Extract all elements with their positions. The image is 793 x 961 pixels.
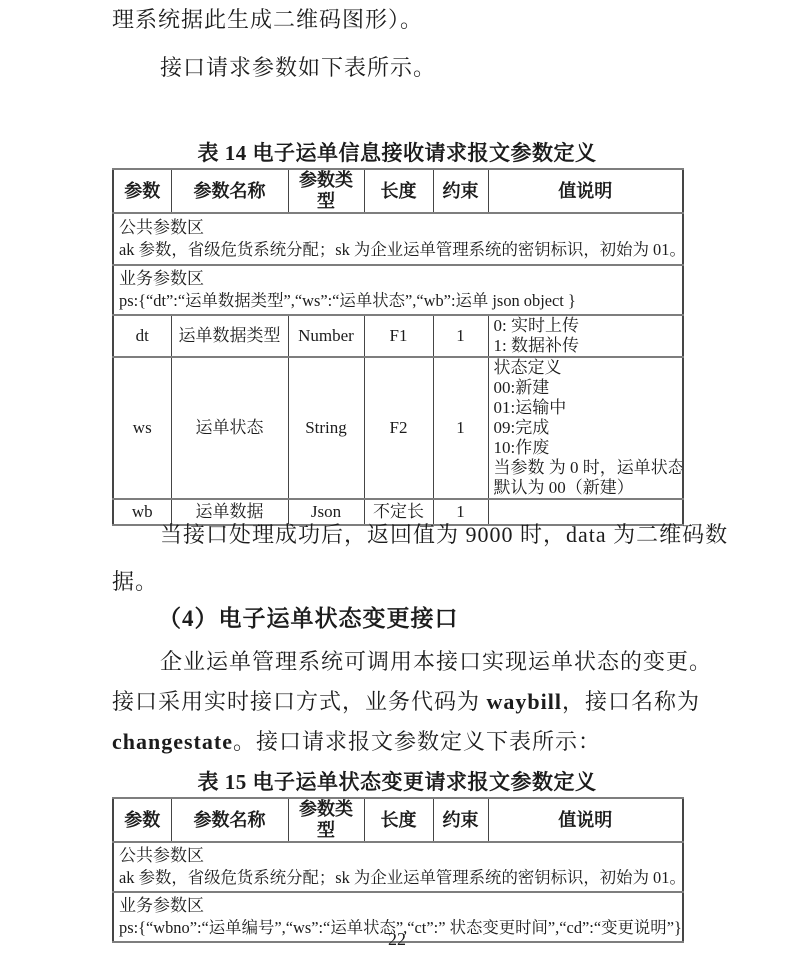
desc-line: 0: 实时上传	[494, 316, 678, 336]
table15-public-section-desc: ak 参数，省级危货系统分配；sk 为企业运单管理系统的密钥标识，初始为 01。	[119, 867, 677, 889]
desc-line: 10:作废	[494, 438, 678, 458]
table15: 参数 参数名称 参数类型 长度 约束 值说明 公共参数区 ak 参数，省级危货系…	[112, 797, 684, 943]
table14-business-section-desc: ps:{“dt”:“运单数据类型”,“ws”:“运单状态”,“wb”:运单 js…	[119, 290, 677, 312]
desc-line: 00:新建	[494, 378, 678, 398]
table14-row-ws: ws 运单状态 String F2 1 状态定义 00:新建 01:运输中 09…	[113, 357, 683, 499]
table14-public-section-title: 公共参数区	[119, 217, 677, 239]
table15-header-row: 参数 参数名称 参数类型 长度 约束 值说明	[113, 798, 683, 842]
table15-header-type: 参数类型	[288, 798, 364, 842]
param-name-cell: 运单数据类型	[171, 315, 288, 357]
table15-header-desc: 值说明	[488, 798, 683, 842]
param-type-cell: Number	[288, 315, 364, 357]
param-cell: ws	[113, 357, 171, 499]
table14-header-name: 参数名称	[171, 169, 288, 213]
table15-header-length: 长度	[364, 798, 433, 842]
table14-header-length: 长度	[364, 169, 433, 213]
result-para-line-1: 当接口处理成功后，返回值为 9000 时，data 为二维码数	[160, 518, 728, 549]
table15-header-param: 参数	[113, 798, 171, 842]
table15-public-section-title: 公共参数区	[119, 845, 677, 867]
desc-line: 默认为 00（新建）	[494, 478, 678, 498]
section4-para-line-3: changestate。接口请求报文参数定义下表所示：	[112, 725, 601, 756]
param-desc-cell: 状态定义 00:新建 01:运输中 09:完成 10:作废 当参数 为 0 时，…	[488, 357, 683, 499]
table14-header-param: 参数	[113, 169, 171, 213]
intro-line-1: 理系统据此生成二维码图形）。	[112, 3, 423, 34]
section4-line2-text: 接口采用实时接口方式，业务代码为	[112, 689, 487, 714]
table14-public-section-row: 公共参数区 ak 参数，省级危货系统分配；sk 为企业运单管理系统的密钥标识，初…	[113, 213, 683, 265]
table15-header-constraint: 约束	[433, 798, 488, 842]
param-cell: dt	[113, 315, 171, 357]
table14-caption: 表 14 电子运单信息接收请求报文参数定义	[112, 137, 682, 167]
param-constraint-cell: 1	[433, 315, 488, 357]
section4-line2-text-post: ，接口名称为	[562, 689, 700, 714]
desc-line: 01:运输中	[494, 398, 678, 418]
table15-header-name: 参数名称	[171, 798, 288, 842]
intro-line-2: 接口请求参数如下表所示。	[160, 51, 436, 82]
param-desc-cell: 0: 实时上传 1: 数据补传	[488, 315, 683, 357]
section4-business-code: waybill	[487, 689, 562, 714]
param-length-cell: F2	[364, 357, 433, 499]
table14-header-type: 参数类型	[288, 169, 364, 213]
document-page: 理系统据此生成二维码图形）。 接口请求参数如下表所示。 表 14 电子运单信息接…	[0, 0, 793, 961]
table15-public-section-row: 公共参数区 ak 参数，省级危货系统分配；sk 为企业运单管理系统的密钥标识，初…	[113, 842, 683, 892]
desc-line: 09:完成	[494, 418, 678, 438]
param-length-cell: F1	[364, 315, 433, 357]
table14-header-row: 参数 参数名称 参数类型 长度 约束 值说明	[113, 169, 683, 213]
section4-para-line-1: 企业运单管理系统可调用本接口实现运单状态的变更。	[160, 645, 712, 676]
page-number: 22	[112, 929, 682, 950]
table14-business-section-row: 业务参数区 ps:{“dt”:“运单数据类型”,“ws”:“运单状态”,“wb”…	[113, 265, 683, 315]
table14: 参数 参数名称 参数类型 长度 约束 值说明 公共参数区 ak 参数，省级危货系…	[112, 168, 684, 526]
desc-line: 状态定义	[494, 358, 678, 378]
table14-header-desc: 值说明	[488, 169, 683, 213]
section4-para-line-2: 接口采用实时接口方式，业务代码为 waybill，接口名称为	[112, 685, 700, 716]
desc-line: 当参数 为 0 时，运单状态	[494, 458, 678, 478]
param-name-cell: 运单状态	[171, 357, 288, 499]
section4-interface-name: changestate	[112, 729, 233, 754]
param-constraint-cell: 1	[433, 357, 488, 499]
section4-heading: （4）电子运单状态变更接口	[158, 600, 459, 633]
table15-caption: 表 15 电子运单状态变更请求报文参数定义	[112, 766, 682, 796]
result-para-line-2: 据。	[112, 565, 158, 596]
table15-business-section-title: 业务参数区	[119, 895, 677, 917]
table14-public-section-desc: ak 参数，省级危货系统分配；sk 为企业运单管理系统的密钥标识，初始为 01。	[119, 239, 677, 261]
desc-line: 1: 数据补传	[494, 336, 678, 356]
param-type-cell: String	[288, 357, 364, 499]
table14-header-constraint: 约束	[433, 169, 488, 213]
table14-business-section-title: 业务参数区	[119, 268, 677, 290]
section4-line3-text: 。接口请求报文参数定义下表所示：	[233, 729, 601, 754]
table14-row-dt: dt 运单数据类型 Number F1 1 0: 实时上传 1: 数据补传	[113, 315, 683, 357]
